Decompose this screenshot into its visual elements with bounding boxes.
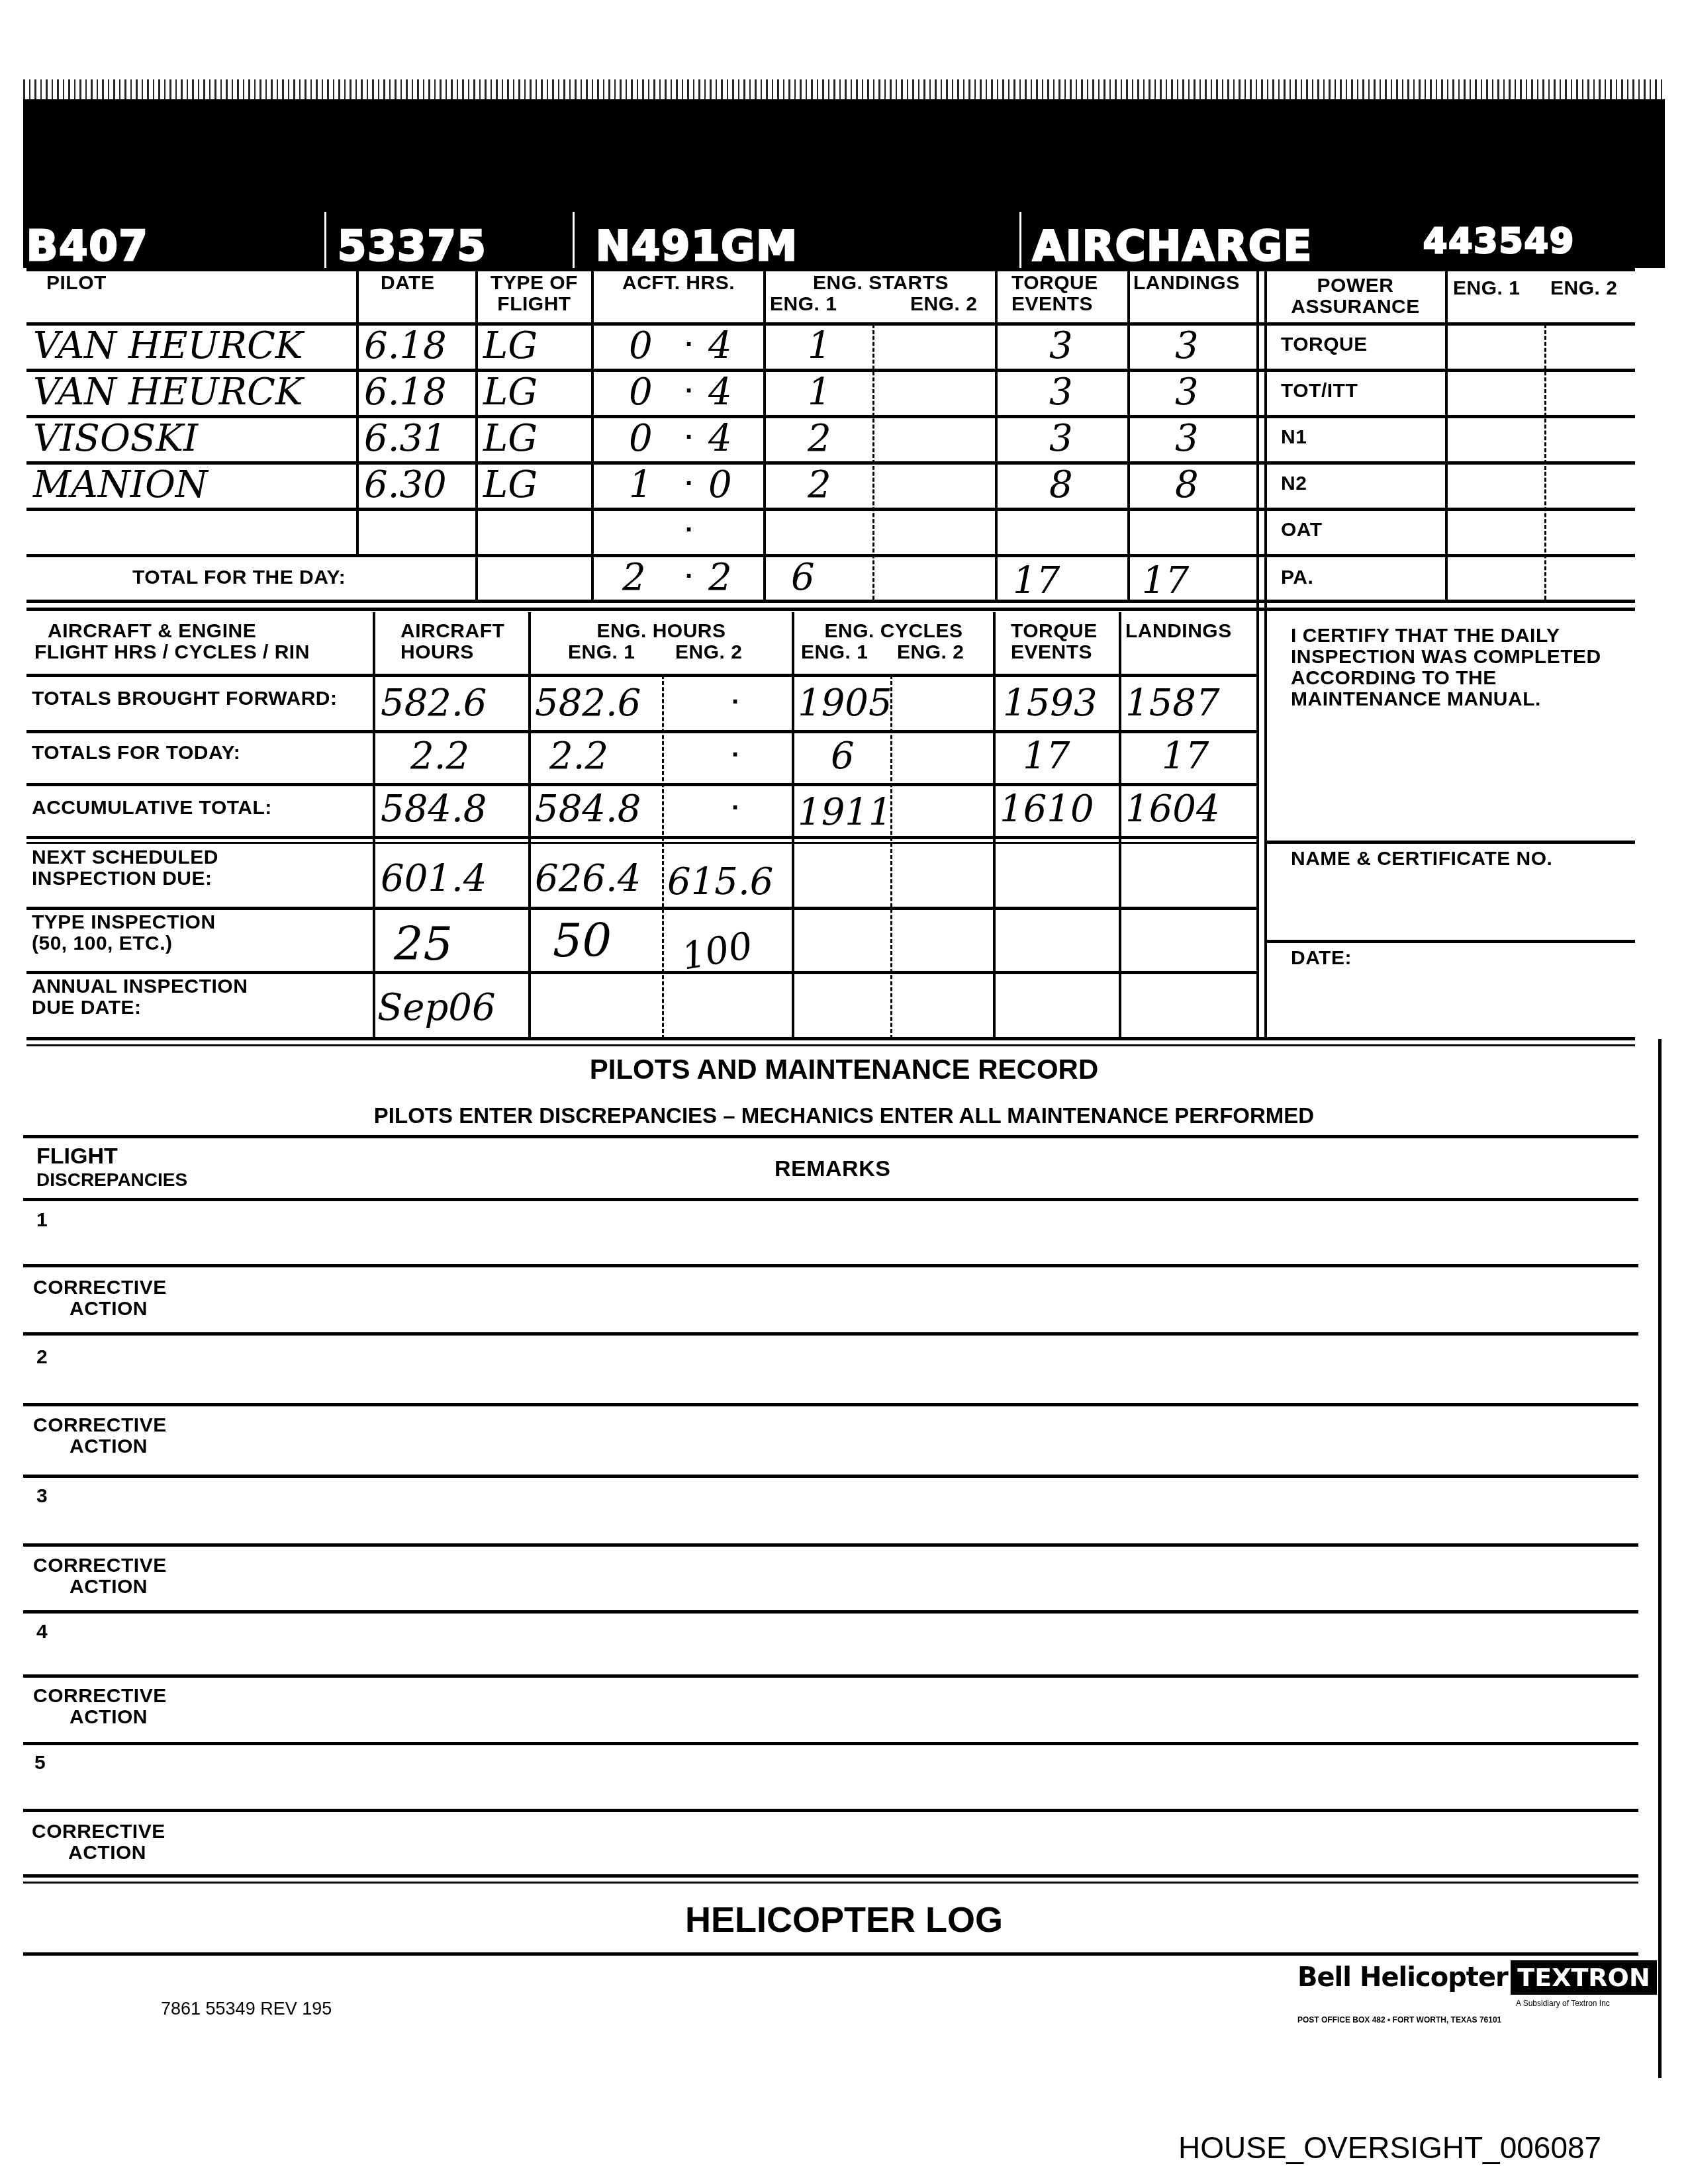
pilot-name[interactable]: VISOSKI [33, 417, 198, 460]
torque-events[interactable]: 3 [1049, 371, 1073, 414]
torque-events[interactable]: 17 [1023, 735, 1070, 778]
total-for-day-label: TOTAL FOR THE DAY: [132, 567, 346, 588]
landings[interactable]: 3 [1175, 417, 1199, 460]
flight-date[interactable]: 6.31 [364, 417, 447, 460]
header-line: FLIGHT HRS / CYCLES / RIN [34, 642, 310, 663]
acft-hrs-whole[interactable]: 0 [629, 371, 653, 414]
header-divider [1019, 212, 1021, 268]
eng1-starts[interactable]: 1 [808, 371, 831, 414]
total-eng1-starts[interactable]: 6 [791, 556, 815, 599]
col-border [993, 612, 996, 1039]
pa-n1: N1 [1281, 427, 1307, 448]
landings[interactable]: 8 [1175, 463, 1199, 506]
header-pilot: PILOT [46, 273, 107, 294]
rule [26, 674, 1258, 677]
col-divider-dashed [662, 675, 664, 1039]
pilot-name[interactable]: MANION [33, 463, 208, 506]
total-acft-hrs-whole[interactable]: 2 [622, 556, 646, 599]
label-line: NEXT SCHEDULED [32, 847, 218, 868]
col-border [995, 271, 998, 600]
rule [1266, 841, 1635, 844]
eng1-cycles[interactable]: 6 [831, 735, 855, 778]
label-line: ACTION [32, 1843, 165, 1864]
eng2-hours[interactable]: 615.6 [667, 860, 773, 903]
header-eng2: ENG. 2 [675, 642, 742, 663]
pa-torque: TORQUE [1281, 334, 1368, 355]
discrepancy-number: 4 [36, 1621, 48, 1643]
rule [23, 1135, 1638, 1138]
acft-hrs-tenth[interactable]: 0 [708, 463, 732, 506]
statement-line: INSPECTION WAS COMPLETED [1291, 647, 1601, 668]
corrective-action-field[interactable] [212, 1406, 1628, 1466]
col-remarks: REMARKS [774, 1158, 890, 1179]
row-label-type-inspection: TYPE INSPECTION (50, 100, ETC.) [32, 912, 216, 954]
discrepancy-field[interactable] [212, 1745, 1628, 1805]
pa-pa: PA. [1281, 567, 1313, 588]
brand-box: TEXTRON [1511, 1960, 1656, 1995]
header-type-of-flight: TYPE OF FLIGHT [478, 273, 590, 315]
company-address: POST OFFICE BOX 482 • FORT WORTH, TEXAS … [1297, 2015, 1501, 2025]
eng1-hours[interactable]: 584.8 [535, 788, 641, 831]
corrective-action-field[interactable] [212, 1267, 1628, 1327]
eng1-hours[interactable]: 626.4 [535, 857, 641, 900]
rule [26, 730, 1258, 733]
flight-type[interactable]: LG [483, 371, 538, 414]
name-certificate-label: NAME & CERTIFICATE NO. [1291, 848, 1552, 870]
brand-name: Bell Helicopter [1297, 1962, 1508, 1993]
eng1-hours[interactable]: 582.6 [535, 682, 641, 725]
rule [23, 1952, 1638, 1956]
rule [26, 836, 1258, 839]
label-line: (50, 100, ETC.) [32, 933, 216, 954]
statement-line: ACCORDING TO THE [1291, 668, 1601, 689]
header-line: TORQUE [1011, 621, 1098, 642]
decimal-point: · [685, 520, 694, 541]
rule [23, 1874, 1638, 1878]
corrective-action-label: CORRECTIVE ACTION [33, 1555, 167, 1598]
header-eng-hours: ENG. HOURS [531, 621, 792, 642]
col-border [373, 612, 375, 1039]
header-eng1: ENG. 1 [770, 294, 837, 315]
eng1-cycles[interactable]: 1905 [798, 682, 892, 725]
header-line: TORQUE [1011, 273, 1098, 294]
label-line: DUE DATE: [32, 997, 248, 1019]
rule [26, 508, 1635, 511]
header-number: 443549 [1423, 222, 1575, 261]
header-acft-hrs: ACFT. HRS. [622, 273, 735, 294]
rule [26, 1037, 1635, 1040]
col-border [1445, 271, 1448, 600]
subsidiary-note: A Subsidiary of Textron Inc [1516, 1999, 1610, 2008]
header-line: TYPE OF [478, 273, 590, 294]
header-date: DATE [381, 273, 434, 294]
maintenance-subtitle: PILOTS ENTER DISCREPANCIES – MECHANICS E… [0, 1103, 1688, 1128]
col-divider-dashed [890, 675, 892, 1039]
header-model: B407 [26, 222, 149, 270]
name-certificate-field[interactable] [1291, 874, 1622, 933]
rule [26, 1044, 1635, 1046]
col-border [1127, 271, 1130, 600]
eng1-type-inspection[interactable]: 50 [553, 913, 612, 968]
label-line: CORRECTIVE [32, 1821, 165, 1843]
bates-number: HOUSE_OVERSIGHT_006087 [1178, 2130, 1601, 2165]
torque-events[interactable]: 8 [1049, 463, 1073, 506]
acft-hours[interactable]: 2.2 [410, 735, 469, 778]
landings[interactable]: 17 [1162, 735, 1209, 778]
discrepancy-field[interactable] [212, 1201, 1628, 1261]
header-eng-starts: ENG. STARTS [767, 273, 995, 294]
label-line: ACTION [33, 1707, 167, 1728]
acft-hrs-whole[interactable]: 0 [629, 417, 653, 460]
acft-hrs-whole[interactable]: 0 [629, 324, 653, 367]
torque-events[interactable]: 1610 [1000, 788, 1094, 831]
eng1-hours[interactable]: 2.2 [549, 735, 608, 778]
flight-type[interactable]: LG [483, 463, 538, 506]
annual-due-date[interactable]: Sep06 [377, 986, 496, 1029]
header-landings: LANDINGS [1125, 621, 1232, 642]
decimal-point: · [685, 473, 694, 494]
acft-hrs-tenth[interactable]: 4 [708, 417, 732, 460]
header-eng2: ENG. 2 [897, 642, 964, 663]
header-power-assurance: POWER ASSURANCE [1268, 275, 1443, 318]
discrepancy-field[interactable] [212, 1336, 1628, 1395]
label-line: ACTION [33, 1576, 167, 1598]
rule [26, 268, 1635, 271]
rule [26, 842, 1258, 844]
col-flight-discrepancies: FLIGHT DISCREPANCIES [36, 1144, 187, 1191]
decimal-point: · [685, 427, 694, 448]
torque-events[interactable]: 1593 [1003, 682, 1098, 725]
header-torque-events: TORQUE EVENTS [1011, 273, 1098, 315]
statement-line: MAINTENANCE MANUAL. [1291, 689, 1601, 710]
maintenance-title: PILOTS AND MAINTENANCE RECORD [0, 1054, 1688, 1085]
header-pa-eng1: ENG. 1 [1453, 278, 1520, 299]
acft-hours[interactable]: 582.6 [381, 682, 487, 725]
header-aircraft-engine: AIRCRAFT & ENGINE FLIGHT HRS / CYCLES / … [34, 621, 310, 663]
corrective-action-label: CORRECTIVE ACTION [33, 1277, 167, 1320]
corrective-action-field[interactable] [212, 1678, 1628, 1737]
corrective-action-label: CORRECTIVE ACTION [33, 1415, 167, 1457]
total-landings[interactable]: 17 [1142, 559, 1189, 602]
corrective-action-label: CORRECTIVE ACTION [33, 1686, 167, 1728]
form-title: HELICOPTER LOG [0, 1899, 1688, 1940]
rule [23, 1882, 1638, 1884]
pilot-name[interactable]: VAN HEURCK [33, 324, 303, 367]
header-line: POWER [1268, 275, 1443, 296]
header-registration: N491GM [596, 222, 798, 270]
eng1-cycles[interactable]: 1911 [798, 791, 892, 834]
acft-hrs-tenth[interactable]: 4 [708, 324, 732, 367]
col-border [763, 271, 766, 600]
header-line: ASSURANCE [1268, 296, 1443, 318]
eng1-starts[interactable]: 1 [808, 324, 831, 367]
label-line: CORRECTIVE [33, 1555, 167, 1576]
bell-textron-logo: Bell Helicopter TEXTRON [1297, 1962, 1657, 1993]
decimal-point: · [685, 381, 694, 402]
header-divider [324, 212, 326, 268]
discrepancy-number: 2 [36, 1347, 48, 1368]
header-pa-eng2: ENG. 2 [1550, 278, 1617, 299]
header-aircraft-hours: AIRCRAFT HOURS [400, 621, 504, 663]
header-line: AIRCRAFT [400, 621, 504, 642]
eng1-starts[interactable]: 2 [808, 463, 831, 506]
col-divider-dashed [1544, 324, 1546, 600]
landings[interactable]: 1587 [1125, 682, 1220, 725]
row-label-annual: ANNUAL INSPECTION DUE DATE: [32, 976, 248, 1019]
header-eng1: ENG. 1 [568, 642, 635, 663]
col-border [1264, 271, 1267, 1039]
eng2-hours[interactable]: · [731, 692, 741, 713]
rule [26, 600, 1635, 603]
flight-date[interactable]: 6.18 [364, 371, 447, 414]
header-eng1: ENG. 1 [801, 642, 868, 663]
header-line: HOURS [400, 642, 504, 663]
header-line: FLIGHT [36, 1144, 187, 1169]
col-border [1256, 271, 1259, 1039]
discrepancy-number: 1 [36, 1210, 48, 1231]
decimal-point: · [685, 334, 694, 355]
form-number: 7861 55349 REV 195 [161, 1999, 332, 2019]
label-line: ACTION [33, 1436, 167, 1457]
col-divider-dashed [872, 324, 874, 600]
rule [26, 554, 1635, 557]
label-line: TYPE INSPECTION [32, 912, 216, 933]
total-torque-events[interactable]: 17 [1013, 559, 1060, 602]
total-acft-hrs-tenth[interactable]: 2 [708, 556, 732, 599]
pilot-name[interactable]: VAN HEURCK [33, 371, 303, 414]
header-landings: LANDINGS [1133, 273, 1240, 294]
row-label-next-inspection: NEXT SCHEDULED INSPECTION DUE: [32, 847, 218, 889]
flight-date[interactable]: 6.30 [364, 463, 447, 506]
statement-line: I CERTIFY THAT THE DAILY [1291, 625, 1601, 647]
acft-hrs-tenth[interactable]: 4 [708, 371, 732, 414]
row-label-brought-forward: TOTALS BROUGHT FORWARD: [32, 688, 337, 709]
rule [26, 608, 1635, 611]
rule [1266, 940, 1635, 943]
col-border [475, 271, 478, 600]
col-border [792, 612, 794, 1039]
rule [26, 971, 1258, 974]
header-torque-events: TORQUE EVENTS [1011, 621, 1098, 663]
flight-date[interactable]: 6.18 [364, 324, 447, 367]
header-eng-cycles: ENG. CYCLES [794, 621, 993, 642]
header-serial: 53375 [338, 222, 487, 270]
pa-n2: N2 [1281, 473, 1307, 494]
col-border [528, 612, 531, 1039]
header-line: AIRCRAFT & ENGINE [34, 621, 310, 642]
landings[interactable]: 3 [1175, 324, 1199, 367]
col-border [1119, 612, 1121, 1039]
landings[interactable]: 3 [1175, 371, 1199, 414]
discrepancy-number: 5 [34, 1752, 46, 1774]
scan-artifact-band [23, 99, 1665, 268]
pa-oat: OAT [1281, 520, 1323, 541]
discrepancy-field[interactable] [212, 1478, 1628, 1537]
rule [26, 907, 1258, 910]
discrepancy-number: 3 [36, 1486, 48, 1507]
row-label-accumulative: ACCUMULATIVE TOTAL: [32, 797, 272, 819]
label-line: CORRECTIVE [33, 1277, 167, 1298]
certification-statement: I CERTIFY THAT THE DAILY INSPECTION WAS … [1291, 625, 1601, 710]
header-line: FLIGHT [478, 294, 590, 315]
label-line: ACTION [33, 1298, 167, 1320]
header-operator: AIRCHARGE [1033, 222, 1313, 270]
torque-events[interactable]: 3 [1049, 417, 1073, 460]
acft-type-inspection[interactable]: 25 [394, 917, 453, 971]
header-line: DISCREPANCIES [36, 1169, 187, 1191]
pa-tot-itt: TOT/ITT [1281, 381, 1358, 402]
corrective-action-label: CORRECTIVE ACTION [32, 1821, 165, 1864]
eng2-hours[interactable]: · [731, 745, 741, 766]
label-line: INSPECTION DUE: [32, 868, 218, 889]
label-line: ANNUAL INSPECTION [32, 976, 248, 997]
corrective-action-field[interactable] [212, 1547, 1628, 1606]
header-line: EVENTS [1011, 294, 1098, 315]
cert-date-label: DATE: [1291, 948, 1352, 969]
eng1-starts[interactable]: 2 [808, 417, 831, 460]
cert-date-field[interactable] [1364, 946, 1628, 1026]
decimal-point: · [685, 566, 694, 587]
label-line: CORRECTIVE [33, 1686, 167, 1707]
header-line: EVENTS [1011, 642, 1098, 663]
acft-hours[interactable]: 601.4 [381, 857, 487, 900]
col-border [356, 271, 359, 556]
label-line: CORRECTIVE [33, 1415, 167, 1436]
eng2-hours[interactable]: · [731, 797, 741, 819]
rule [26, 783, 1258, 786]
col-border [591, 271, 594, 600]
acft-hrs-whole[interactable]: 1 [629, 463, 653, 506]
row-label-today: TOTALS FOR TODAY: [32, 743, 240, 764]
discrepancy-field[interactable] [212, 1614, 1628, 1673]
acft-hours[interactable]: 584.8 [381, 788, 487, 831]
landings[interactable]: 1604 [1125, 788, 1220, 831]
corrective-action-field[interactable] [212, 1812, 1628, 1872]
flight-type[interactable]: LG [483, 324, 538, 367]
header-divider [573, 212, 575, 268]
header-eng2: ENG. 2 [910, 294, 977, 315]
torque-events[interactable]: 3 [1049, 324, 1073, 367]
flight-type[interactable]: LG [483, 417, 538, 460]
